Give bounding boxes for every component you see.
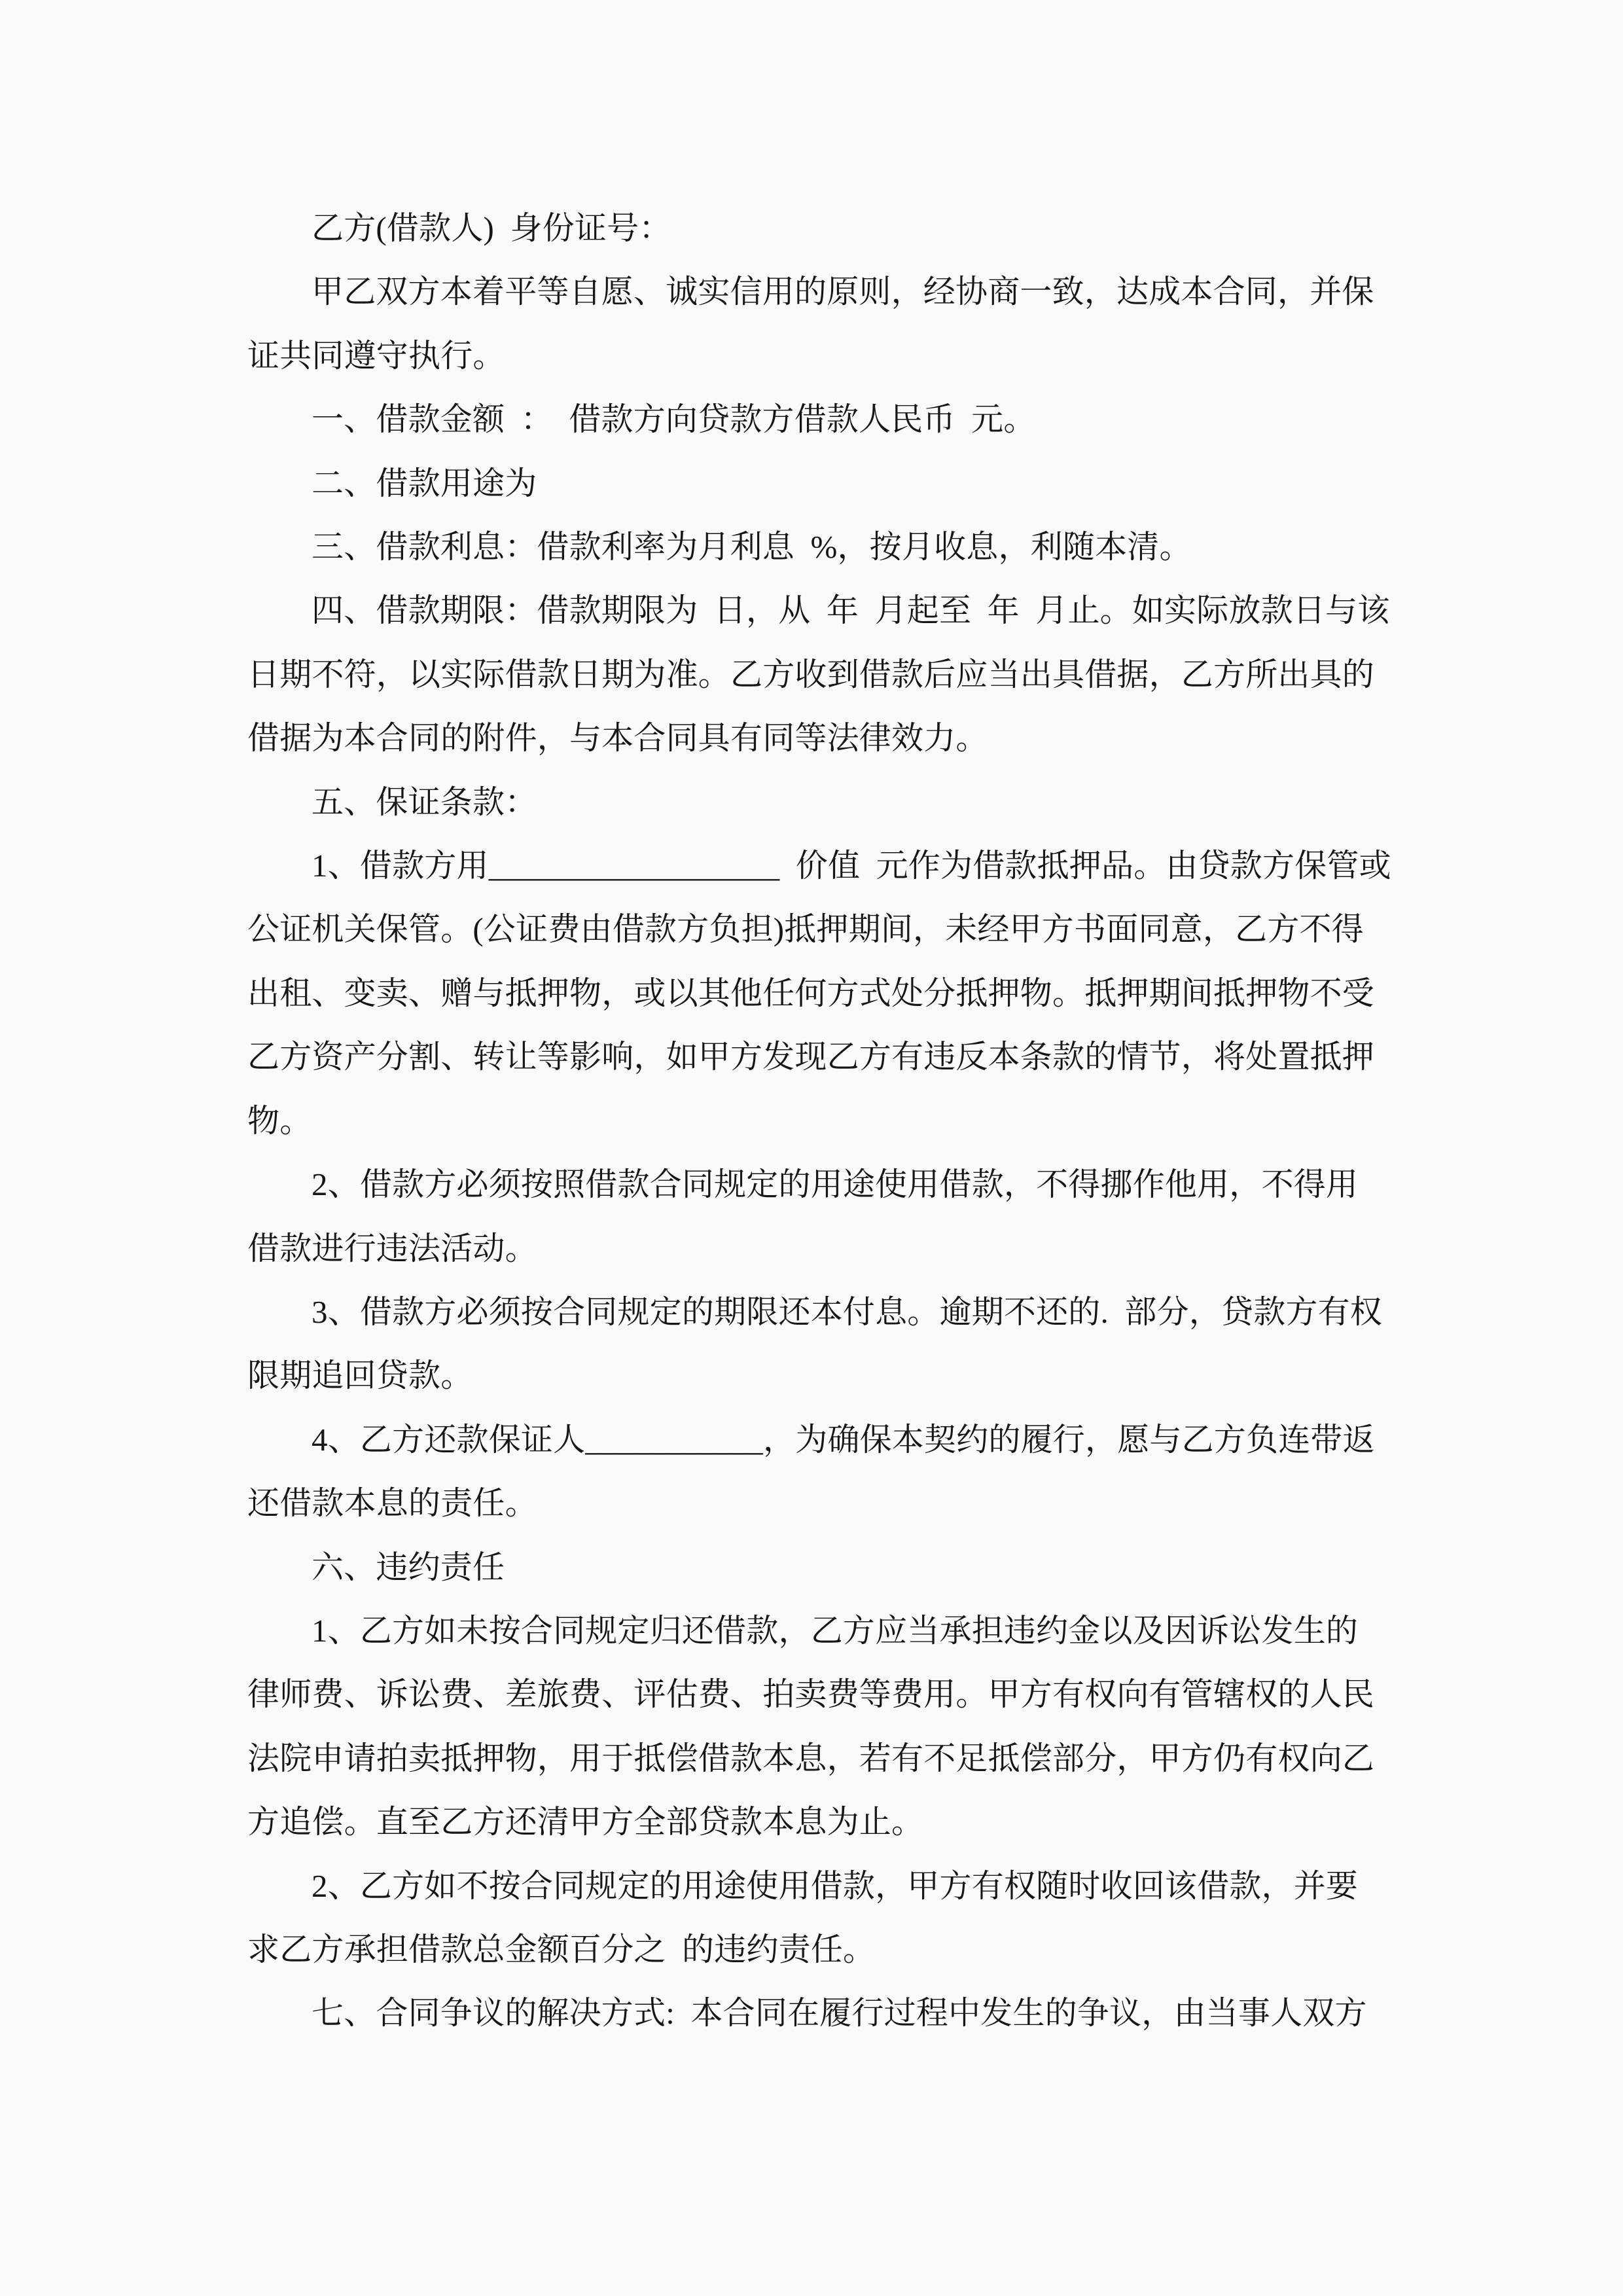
contract-line: 出租、变卖、赠与抵押物，或以其他任何方式处分抵押物。抵押期间抵押物不受: [247, 961, 1414, 1025]
contract-line: 四、借款期限：借款期限为 日，从 年 月起至 年 月止。如实际放款日与该: [247, 579, 1414, 642]
contract-line: 二、借款用途为: [247, 452, 1414, 515]
contract-line: 律师费、诉讼费、差旅费、评估费、拍卖费等费用。甲方有权向有管辖权的人民: [247, 1662, 1414, 1726]
contract-line: 3、借款方必须按合同规定的期限还本付息。逾期不还的. 部分，贷款方有权: [247, 1280, 1414, 1344]
contract-line: 求乙方承担借款总金额百分之 的违约责任。: [247, 1918, 1414, 1981]
contract-line: 五、保证条款：: [247, 770, 1414, 834]
contract-line: 物。: [247, 1089, 1414, 1153]
contract-line: 甲乙双方本着平等自愿、诚实信用的原则，经协商一致，达成本合同，并保: [247, 260, 1414, 323]
contract-line: 还借款本息的责任。: [247, 1471, 1414, 1535]
contract-line: 借据为本合同的附件，与本合同具有同等法律效力。: [247, 706, 1414, 770]
contract-line: 公证机关保管。(公证费由借款方负担)抵押期间，未经甲方书面同意，乙方不得: [247, 897, 1414, 961]
contract-line: 乙方资产分割、转让等影响，如甲方发现乙方有违反本条款的情节，将处置抵押: [247, 1025, 1414, 1088]
contract-line: 三、借款利息：借款利率为月利息 %，按月收息，利随本清。: [247, 515, 1414, 579]
contract-line: 七、合同争议的解决方式: 本合同在履行过程中发生的争议，由当事人双方: [247, 1981, 1414, 2045]
contract-line: 限期追回贷款。: [247, 1344, 1414, 1407]
contract-line: 法院申请拍卖抵押物，用于抵偿借款本息，若有不足抵偿部分，甲方仍有权向乙: [247, 1727, 1414, 1790]
contract-line: 乙方(借款人) 身份证号：: [247, 196, 1414, 260]
contract-line: 日期不符，以实际借款日期为准。乙方收到借款后应当出具借据，乙方所出具的: [247, 643, 1414, 706]
contract-line: 一、借款金额 ： 借款方向贷款方借款人民币 元。: [247, 387, 1414, 451]
contract-line: 2、乙方如不按合同规定的用途使用借款，甲方有权随时收回该借款，并要: [247, 1854, 1414, 1918]
contract-line: 方追偿。直至乙方还清甲方全部贷款本息为止。: [247, 1790, 1414, 1854]
contract-line: 1、借款方用__________________ 价值 元作为借款抵押品。由贷款…: [247, 834, 1414, 897]
contract-line: 4、乙方还款保证人___________，为确保本契约的履行，愿与乙方负连带返: [247, 1408, 1414, 1471]
contract-line: 六、违约责任: [247, 1535, 1414, 1599]
contract-line: 证共同遵守执行。: [247, 324, 1414, 387]
contract-page: 乙方(借款人) 身份证号：甲乙双方本着平等自愿、诚实信用的原则，经协商一致，达成…: [0, 0, 1623, 2296]
contract-line: 借款进行违法活动。: [247, 1217, 1414, 1280]
contract-body: 乙方(借款人) 身份证号：甲乙双方本着平等自愿、诚实信用的原则，经协商一致，达成…: [247, 196, 1414, 2045]
contract-line: 2、借款方必须按照借款合同规定的用途使用借款，不得挪作他用，不得用: [247, 1153, 1414, 1216]
contract-line: 1、乙方如未按合同规定归还借款，乙方应当承担违约金以及因诉讼发生的: [247, 1599, 1414, 1662]
